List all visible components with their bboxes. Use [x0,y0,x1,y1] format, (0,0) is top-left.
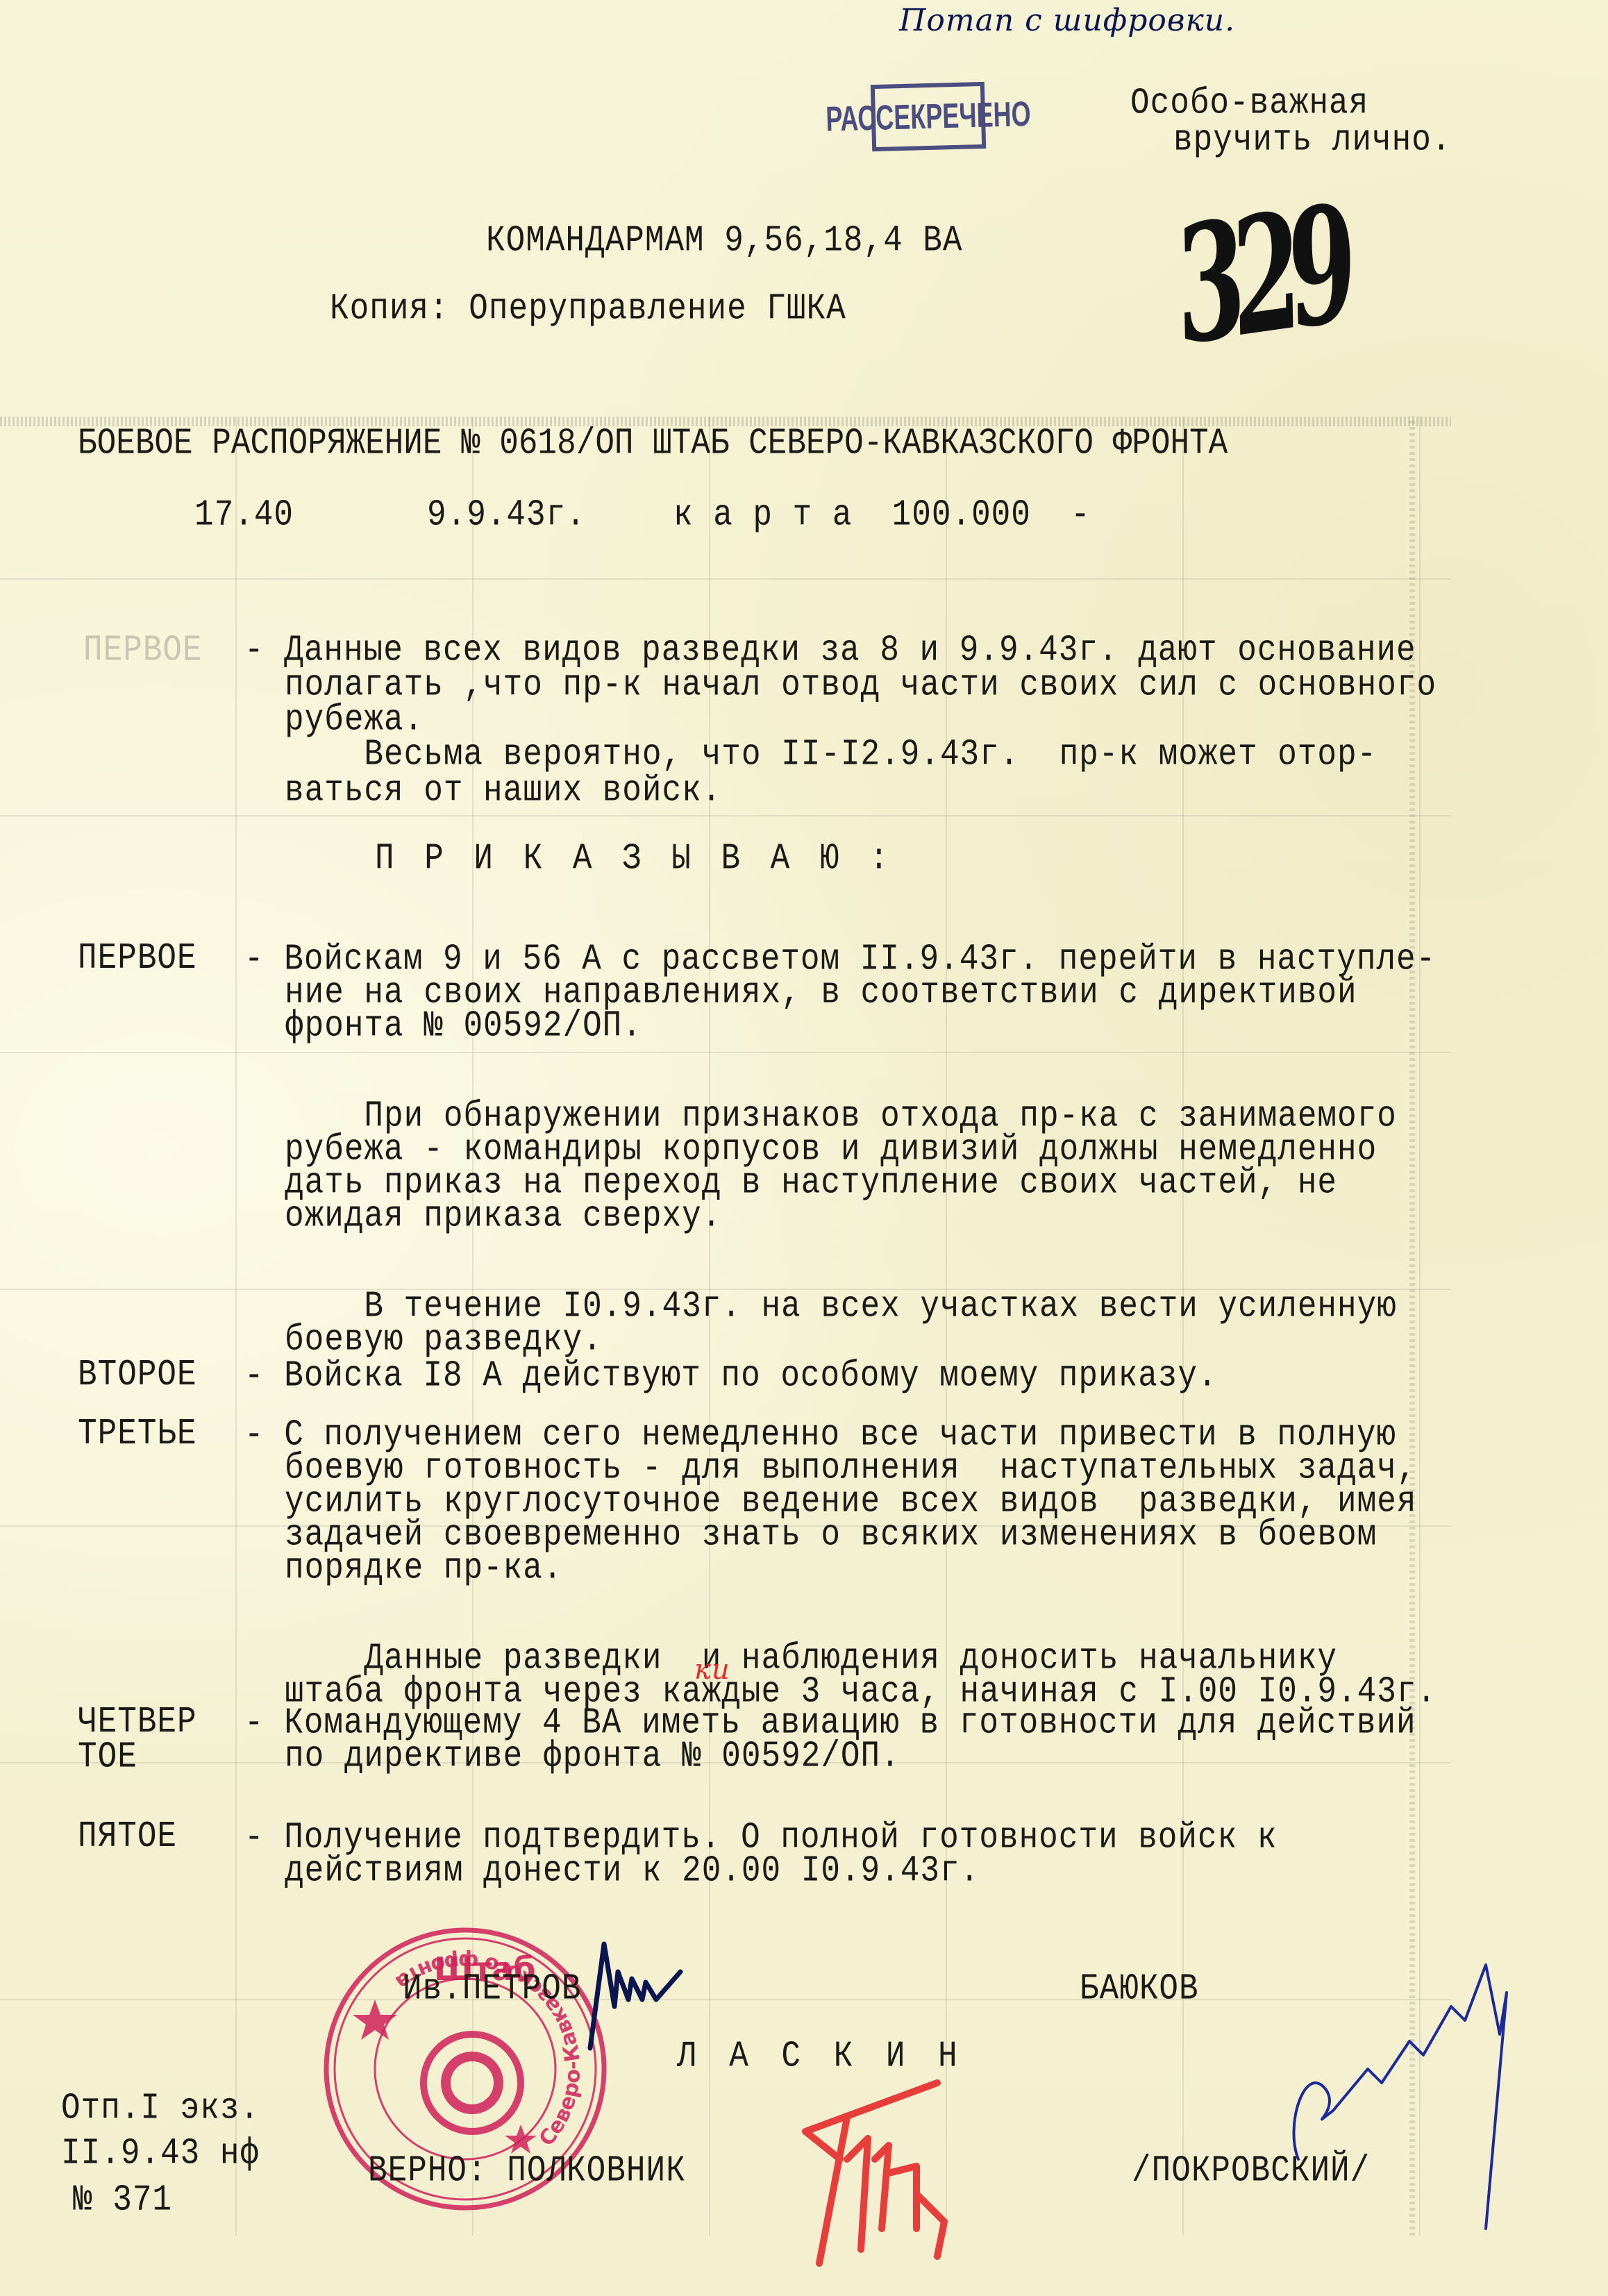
copy-note-line-2: II.9.43 нф [61,2135,260,2172]
red-pencil-signature [798,2069,1048,2277]
section-line: ожидая приказа сверху. [285,1198,721,1234]
intro-line: - Данные всех видов разведки за 8 и 9.9.… [244,632,1416,669]
verno-colonel: ВЕРНО: ПОЛКОВНИК [368,2152,686,2189]
map-scale: к а р т а 100.000 - [673,496,1091,533]
handwritten-note: Потап с шифровки. [899,6,1235,36]
declassified-stamp-text: РАССЕКРЕЧЕНО [826,94,1032,140]
signatory-pokrovsky: /ПОКРОВСКИЙ/ [1132,2152,1370,2189]
section-label: ЧЕТВЕР ТОЕ [78,1704,197,1775]
intro-line: полагать ,что пр-к начал отвод части сво… [285,667,1437,703]
section-label: ВТОРОЕ [78,1357,197,1393]
archive-number-handwritten: 329 [1166,185,1355,366]
signatory-petrov: Ив.ПЕТРОВ [403,1970,581,2007]
addressees: КОМАНДАРМАМ 9,56,18,4 ВА [486,222,963,259]
copy-note-line-3: № 371 [73,2181,172,2218]
intro-line: ваться от наших войск. [285,772,721,809]
section-line: порядке пр-ка. [285,1550,562,1586]
section-line: боевую разведку. [285,1321,603,1358]
copy-to: Копия: Оперуправление ГШКА [330,290,846,327]
declassified-stamp: РАССЕКРЕЧЕНО [871,82,986,151]
baiukov-signature [1278,1951,1527,2243]
classification-line-1: Особо-важная [1130,85,1368,121]
section-label: ПЕРВОЕ [78,941,197,976]
order-word: П Р И К А З Ы В А Ю : [375,840,894,877]
document-time: 17.40 [194,496,294,533]
section-label: ТРЕТЬЕ [78,1416,197,1452]
copy-note-line-1: Отп.I экз. [61,2090,260,2127]
intro-label-faint: ПЕРВОЕ [83,632,203,669]
section-line: по директиве фронта № 00592/ОП. [285,1738,901,1775]
section-label: ПЯТОЕ [78,1819,177,1854]
section-line: - Войска I8 А действуют по особому моему… [244,1357,1218,1394]
classification-line-2: вручить лично. [1173,121,1451,158]
document-heading: БОЕВОЕ РАСПОРЯЖЕНИЕ № 0618/ОП ШТАБ СЕВЕР… [78,425,1228,462]
document-date: 9.9.43г. [427,496,586,533]
intro-line: рубежа. [285,701,424,738]
section-line: действиям донести к 20.00 I0.9.43г. [285,1852,980,1889]
red-correction-mark: ки [694,1656,730,1684]
intro-line: Весьма вероятно, что II-I2.9.43г. пр-к м… [285,736,1377,773]
signatory-baiukov: БАЮКОВ [1080,1970,1199,2007]
section-line: фронта № 00592/ОП. [285,1007,642,1044]
